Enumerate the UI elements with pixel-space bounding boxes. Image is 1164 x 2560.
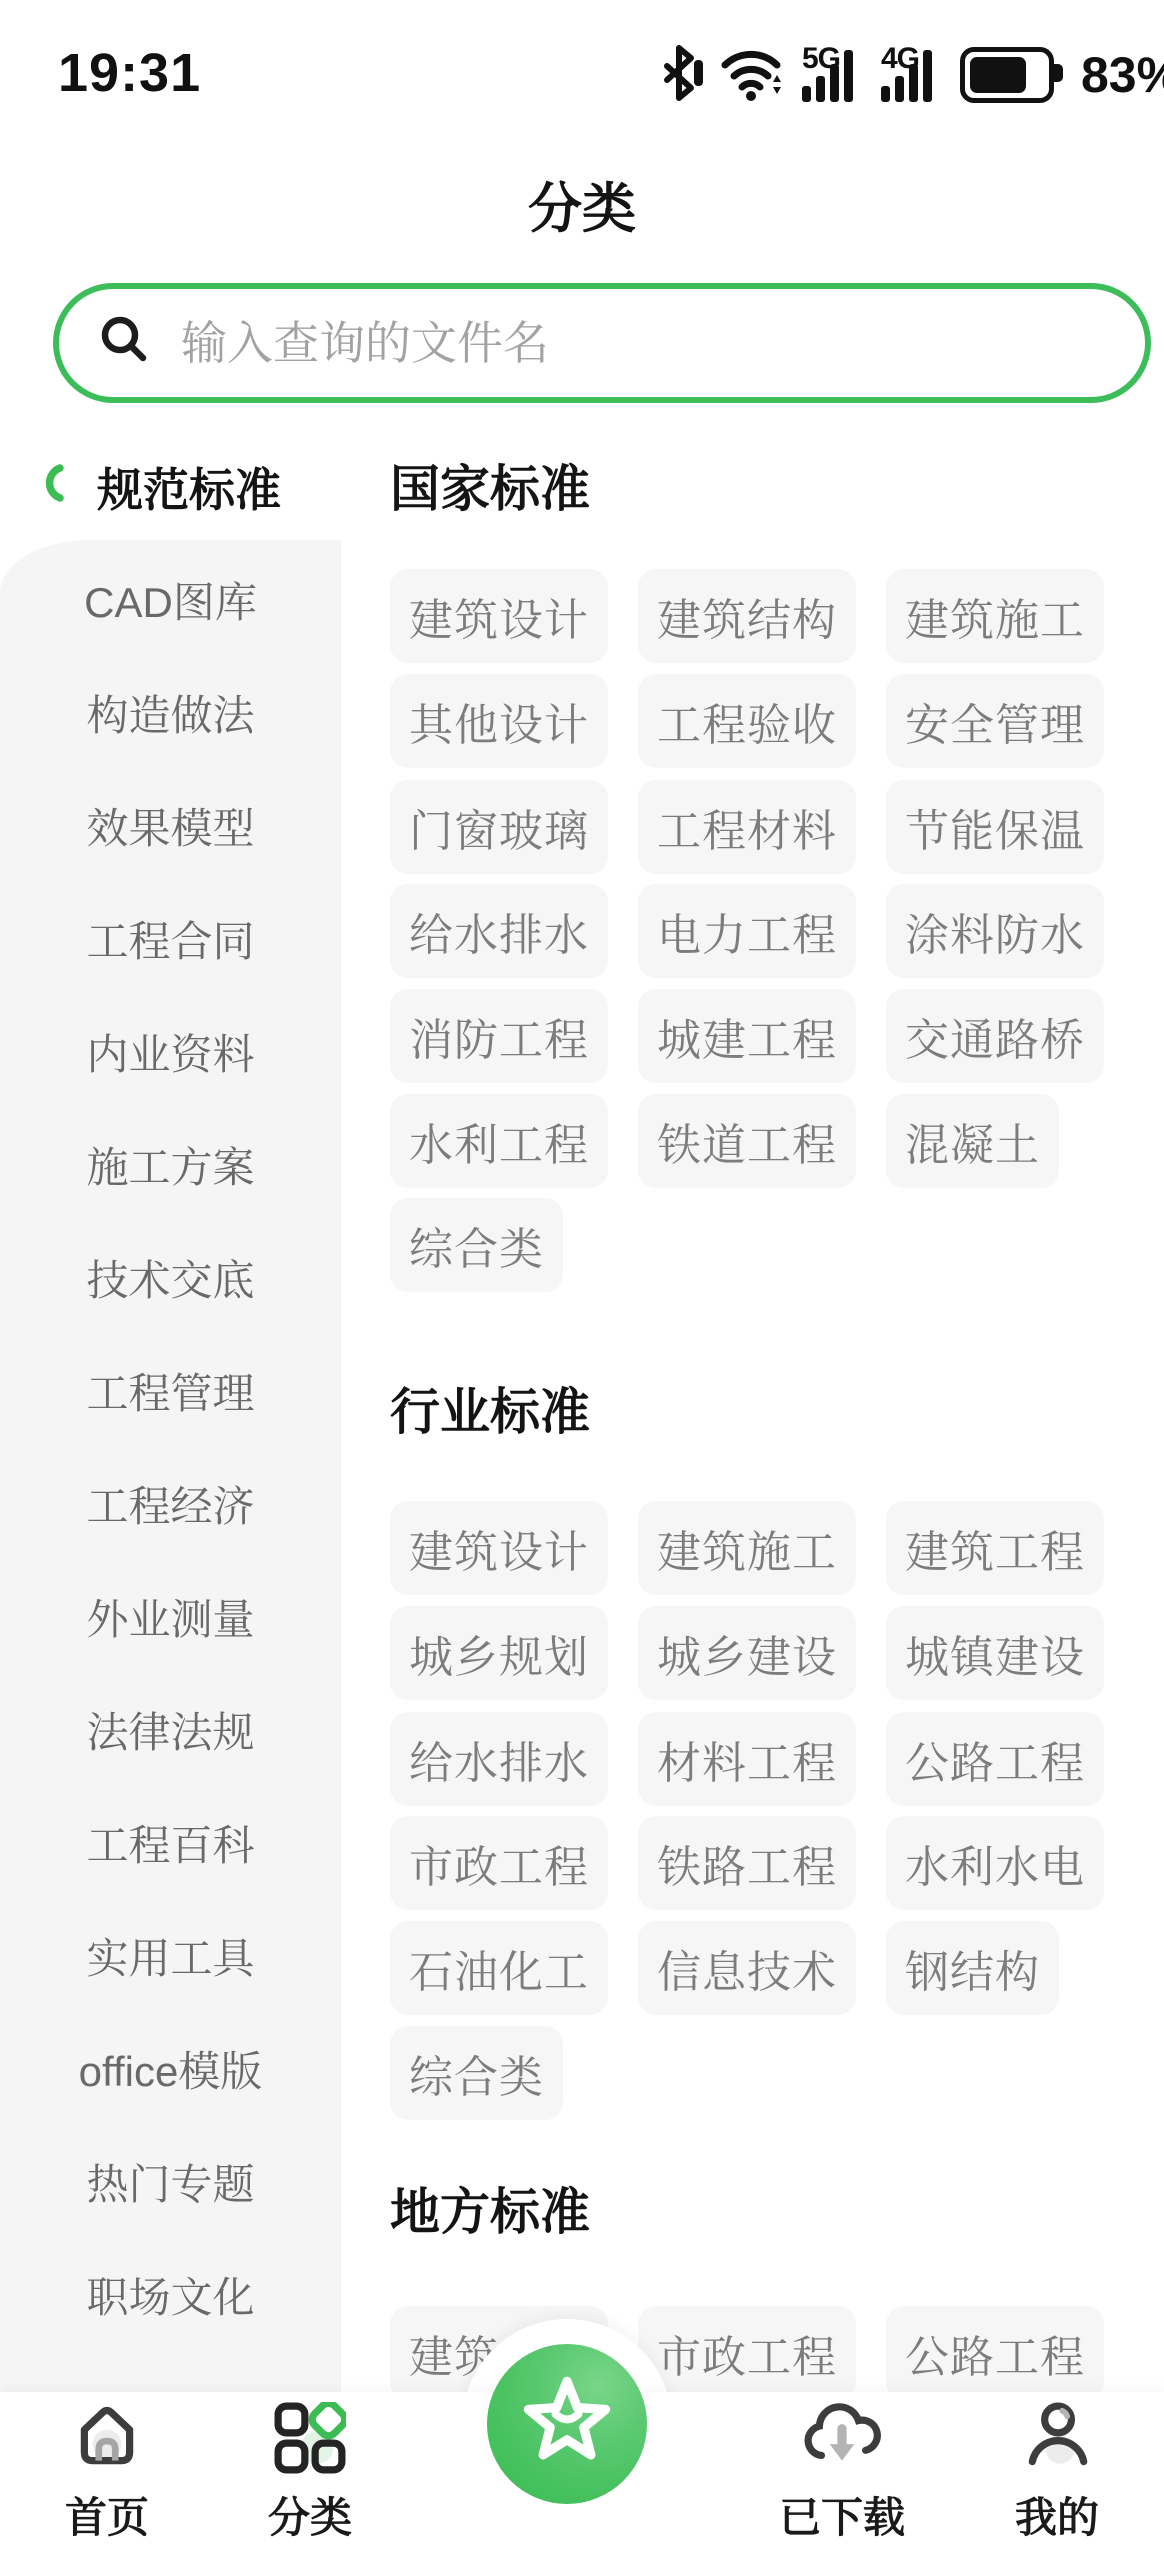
selected-indicator-icon — [43, 460, 65, 514]
sidebar-item[interactable]: 内业资料 — [0, 995, 341, 1108]
search-icon — [99, 314, 153, 373]
tag[interactable]: 市政工程 — [390, 1816, 608, 1910]
tag[interactable]: 给水排水 — [390, 1712, 608, 1806]
tag[interactable]: 建筑设计 — [390, 1501, 608, 1595]
nav-category[interactable]: 分类 — [225, 2402, 395, 2545]
tag[interactable]: 其他设计 — [390, 674, 608, 768]
tag[interactable]: 电力工程 — [638, 884, 856, 978]
section-title: 行业标准 — [390, 1382, 590, 1442]
tag[interactable]: 材料工程 — [638, 1712, 856, 1806]
tag[interactable]: 门窗玻璃 — [390, 780, 608, 874]
signal-4g-icon: 4G — [881, 46, 943, 104]
sidebar-item[interactable]: 效果模型 — [0, 769, 341, 882]
tag[interactable]: 城镇建设 — [886, 1606, 1104, 1700]
section-title: 地方标准 — [390, 2182, 590, 2242]
nav-category-label: 分类 — [268, 2485, 352, 2545]
nav-home-label: 首页 — [65, 2485, 149, 2545]
sidebar-item[interactable]: 工程百科 — [0, 1786, 341, 1899]
tag[interactable]: 建筑设计 — [390, 569, 608, 663]
nav-profile-label: 我的 — [1015, 2485, 1099, 2545]
sidebar-item[interactable]: 工程管理 — [0, 1334, 341, 1447]
tag[interactable]: 工程验收 — [638, 674, 856, 768]
profile-icon — [1021, 2402, 1093, 2479]
tag[interactable]: 城建工程 — [638, 989, 856, 1083]
sidebar-item-selected[interactable]: 规范标准 — [0, 430, 341, 543]
tag[interactable]: 建筑工程 — [886, 1501, 1104, 1595]
battery-icon — [960, 47, 1054, 103]
tag[interactable]: 水利工程 — [390, 1094, 608, 1188]
tag[interactable]: 建筑施工 — [638, 1501, 856, 1595]
sidebar-item[interactable]: 工程经济 — [0, 1447, 341, 1560]
sidebar-item[interactable]: CAD图库 — [0, 543, 341, 656]
sidebar-item[interactable]: 技术交底 — [0, 1221, 341, 1334]
sidebar-item[interactable]: 职场文化 — [0, 2238, 341, 2351]
sidebar-item[interactable]: 法律法规 — [0, 1673, 341, 1786]
tag[interactable]: 建筑施工 — [886, 569, 1104, 663]
tag[interactable]: 水利水电 — [886, 1816, 1104, 1910]
tag[interactable]: 交通路桥 — [886, 989, 1104, 1083]
tag[interactable]: 节能保温 — [886, 780, 1104, 874]
sidebar-item[interactable]: 热门专题 — [0, 2125, 341, 2238]
sidebar-item-label: 规范标准 — [97, 454, 281, 520]
nav-fab-button[interactable] — [487, 2344, 647, 2504]
nav-home[interactable]: 首页 — [22, 2402, 192, 2545]
download-cloud-icon — [803, 2402, 881, 2479]
sidebar-item[interactable]: office模版 — [0, 2012, 341, 2125]
tag[interactable]: 城乡规划 — [390, 1606, 608, 1700]
tag[interactable]: 信息技术 — [638, 1921, 856, 2015]
tag[interactable]: 综合类 — [390, 2026, 563, 2120]
tag[interactable]: 钢结构 — [886, 1921, 1059, 2015]
sidebar-item[interactable]: 施工方案 — [0, 1108, 341, 1221]
sidebar-item[interactable]: 构造做法 — [0, 656, 341, 769]
search-bar[interactable] — [53, 283, 1151, 403]
tag[interactable]: 建筑结构 — [638, 569, 856, 663]
battery-percent: 83% — [1081, 46, 1164, 104]
status-icon-cluster: 5G 4G 83% — [658, 44, 1164, 106]
search-input[interactable] — [179, 315, 1145, 371]
tag[interactable]: 安全管理 — [886, 674, 1104, 768]
tag[interactable]: 工程材料 — [638, 780, 856, 874]
category-content: 国家标准 建筑设计 建筑结构 建筑施工 其他设计 工程验收 安全管理 门窗玻璃 … — [390, 430, 1164, 2560]
tag[interactable]: 综合类 — [390, 1198, 563, 1292]
tag[interactable]: 消防工程 — [390, 989, 608, 1083]
tag[interactable]: 涂料防水 — [886, 884, 1104, 978]
tag[interactable]: 公路工程 — [886, 1712, 1104, 1806]
page-title: 分类 — [0, 166, 1164, 243]
signal-5g-icon: 5G — [802, 46, 864, 104]
star-icon — [514, 2369, 620, 2480]
app-screen: 19:31 5G 4G 83% — [0, 0, 1164, 2560]
tag[interactable]: 公路工程 — [886, 2306, 1104, 2400]
status-time: 19:31 — [58, 42, 201, 104]
tag[interactable]: 市政工程 — [638, 2306, 856, 2400]
tag[interactable]: 给水排水 — [390, 884, 608, 978]
tag[interactable]: 混凝土 — [886, 1094, 1059, 1188]
wifi-icon — [721, 44, 785, 107]
nav-downloads-label: 已下载 — [779, 2485, 905, 2545]
tag[interactable]: 铁路工程 — [638, 1816, 856, 1910]
home-icon — [71, 2402, 143, 2479]
nav-downloads[interactable]: 已下载 — [757, 2402, 927, 2545]
sidebar-item[interactable]: 实用工具 — [0, 1899, 341, 2012]
tag[interactable]: 石油化工 — [390, 1921, 608, 2015]
nav-profile[interactable]: 我的 — [972, 2402, 1142, 2545]
section-title: 国家标准 — [390, 459, 590, 519]
tag[interactable]: 铁道工程 — [638, 1094, 856, 1188]
sidebar-item[interactable]: 工程合同 — [0, 882, 341, 995]
tag[interactable]: 城乡建设 — [638, 1606, 856, 1700]
sidebar-item[interactable]: 外业测量 — [0, 1560, 341, 1673]
category-grid-icon — [274, 2402, 346, 2479]
bluetooth-icon — [658, 43, 704, 108]
